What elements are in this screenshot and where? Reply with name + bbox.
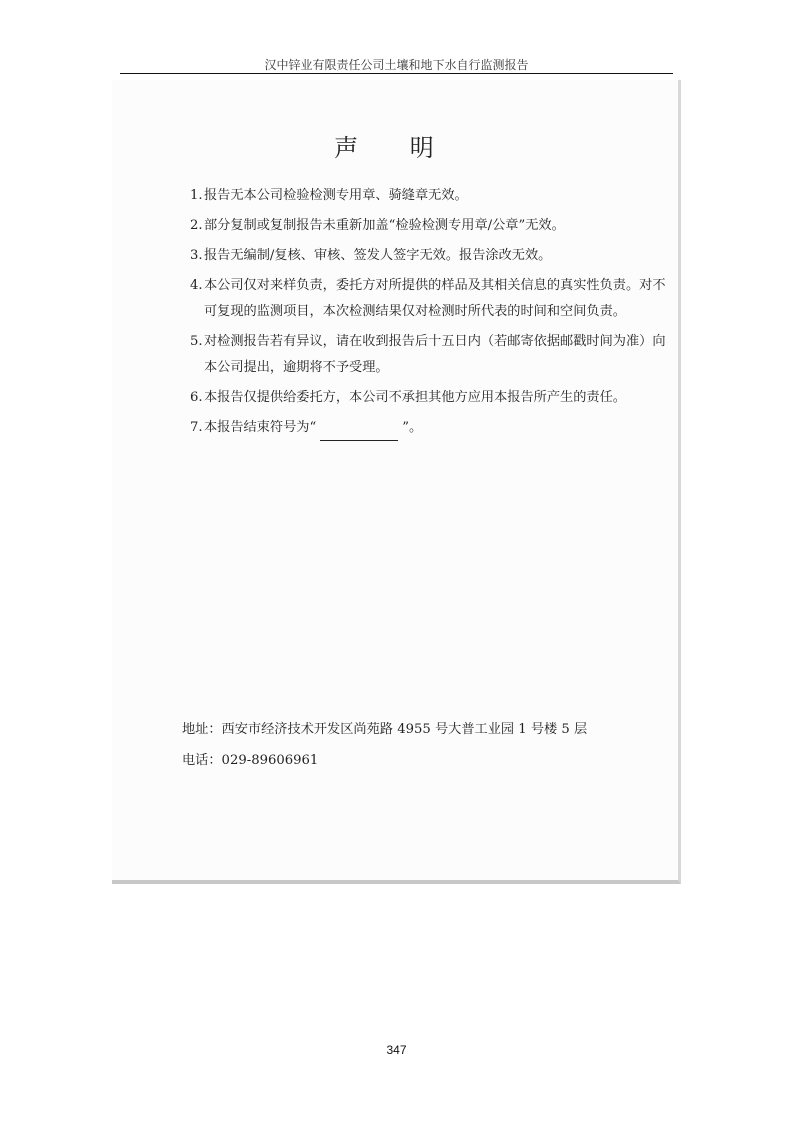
item-text: 本公司仅对来样负责，委托方对所提供的样品及其相关信息的真实性负责。对不可复现的监…	[204, 273, 670, 325]
statement-item: 7. 本报告结束符号为“”。	[190, 415, 670, 441]
address: 地址：西安市经济技术开发区尚苑路 4955 号大普工业园 1 号楼 5 层	[182, 714, 587, 745]
item-text: 报告无编制/复核、审核、签发人签字无效。报告涂改无效。	[204, 243, 670, 269]
item-number: 7.	[190, 415, 204, 441]
end-symbol-suffix: ”。	[402, 420, 422, 435]
phone: 电话：029-89606961	[182, 745, 587, 776]
header-rule	[120, 73, 673, 74]
item-text: 本报告结束符号为“”。	[204, 415, 670, 441]
end-symbol-line	[320, 426, 398, 441]
end-symbol-prefix: 本报告结束符号为“	[204, 420, 316, 435]
item-text: 对检测报告若有异议，请在收到报告后十五日内（若邮寄依据邮戳时间为准）向本公司提出…	[204, 329, 670, 381]
item-number: 2.	[190, 213, 204, 239]
item-number: 6.	[190, 385, 204, 411]
item-text: 本报告仅提供给委托方，本公司不承担其他方应用本报告所产生的责任。	[204, 385, 670, 411]
statement-title: 声 明	[112, 128, 678, 163]
item-text: 部分复制或复制报告未重新加盖“检验检测专用章/公章”无效。	[204, 213, 670, 239]
contact-info: 地址：西安市经济技术开发区尚苑路 4955 号大普工业园 1 号楼 5 层 电话…	[182, 714, 587, 776]
item-number: 1.	[190, 183, 204, 209]
statement-item: 2. 部分复制或复制报告未重新加盖“检验检测专用章/公章”无效。	[190, 213, 670, 239]
item-number: 5.	[190, 329, 204, 381]
scanned-page: 声 明 1. 报告无本公司检验检测专用章、骑缝章无效。 2. 部分复制或复制报告…	[112, 80, 681, 884]
statement-list: 1. 报告无本公司检验检测专用章、骑缝章无效。 2. 部分复制或复制报告未重新加…	[190, 183, 670, 445]
item-number: 4.	[190, 273, 204, 325]
statement-item: 1. 报告无本公司检验检测专用章、骑缝章无效。	[190, 183, 670, 209]
page-number: 347	[0, 1043, 793, 1057]
item-number: 3.	[190, 243, 204, 269]
statement-item: 4. 本公司仅对来样负责，委托方对所提供的样品及其相关信息的真实性负责。对不可复…	[190, 273, 670, 325]
statement-item: 5. 对检测报告若有异议，请在收到报告后十五日内（若邮寄依据邮戳时间为准）向本公…	[190, 329, 670, 381]
running-header: 汉中锌业有限责任公司土壤和地下水自行监测报告	[120, 56, 673, 73]
statement-item: 3. 报告无编制/复核、审核、签发人签字无效。报告涂改无效。	[190, 243, 670, 269]
item-text: 报告无本公司检验检测专用章、骑缝章无效。	[204, 183, 670, 209]
statement-item: 6. 本报告仅提供给委托方，本公司不承担其他方应用本报告所产生的责任。	[190, 385, 670, 411]
